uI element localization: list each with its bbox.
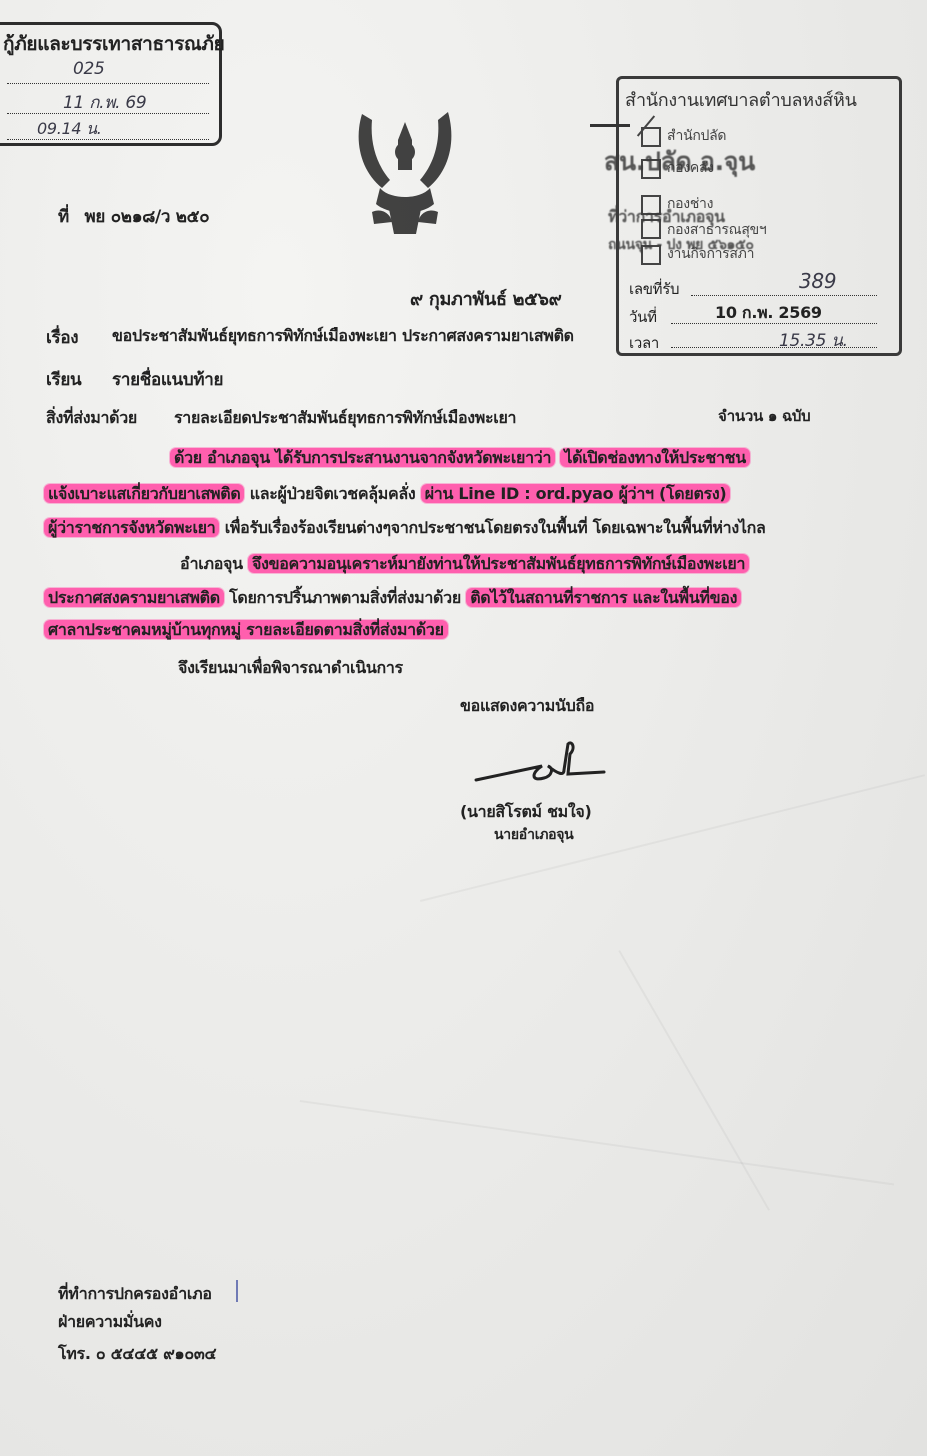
paragraph-2-line-2: ประกาศสงครามยาเสพติด โดยการปริ้นภาพตามสิ… (44, 586, 741, 611)
subject-label: เรื่อง (46, 324, 78, 351)
highlighted-text: ด้วย อำเภอจุน ได้รับการประสานงานจากจังหว… (170, 448, 555, 467)
closing-salutation: ขอแสดงความนับถือ (460, 694, 594, 719)
signer-name: (นายสิโรตม์ ชมใจ) (460, 800, 591, 825)
footer-office: ที่ทำการปกครองอำเภอ (58, 1282, 212, 1307)
stamp-date: 11 ก.พ. 69 (63, 89, 146, 116)
stamp-title: สำนักงานเทศบาลตำบลหงส์หิน (625, 85, 857, 114)
reference-value: พย ๐๒๑๘/ว ๒๕๐ (85, 207, 210, 227)
signer-title: นายอำเภอจุน (494, 824, 573, 846)
highlighted-text: แจ้งเบาะแสเกี่ยวกับยาเสพติด (44, 484, 244, 503)
document-date: ๙ กุมภาพันธ์ ๒๕๖๙ (410, 284, 562, 313)
enclosure-text: รายละเอียดประชาสัมพันธ์ยุทธการพิทักษ์เมื… (174, 406, 516, 431)
stamp-number: 025 (73, 59, 105, 79)
highlighted-text: จึงขอความอนุเคราะห์มายังท่านให้ประชาสัมพ… (248, 554, 749, 573)
highlighted-text: ผ่าน Line ID : ord.pyao ผู้ว่าฯ (โดยตรง) (421, 484, 731, 503)
recipient-label: เรียน (46, 366, 81, 393)
paper-crease (618, 950, 770, 1211)
reference-label: ที่ (58, 207, 69, 227)
highlighted-text: ประกาศสงครามยาเสพติด (44, 588, 224, 607)
paper-crease (300, 1100, 894, 1185)
body-text: อำเภอจุน (180, 554, 243, 573)
recipient-text: รายชื่อแนบท้าย (112, 366, 223, 393)
subject-text: ขอประชาสัมพันธ์ยุทธการพิทักษ์เมืองพะเยา … (112, 324, 574, 349)
paragraph-1-line-2: แจ้งเบาะแสเกี่ยวกับยาเสพติด และผู้ป่วยจิ… (44, 482, 730, 507)
stamp-line (7, 113, 209, 114)
receipt-date-value: 10 ก.พ. 2569 (715, 301, 822, 326)
receipt-stamp-left: กู้ภัยและบรรเทาสาธารณภัย 025 11 ก.พ. 69 … (0, 22, 222, 146)
body-text: เพื่อรับเรื่องร้องเรียนต่างๆจากประชาชนโด… (225, 518, 766, 537)
stamp-line (7, 139, 209, 140)
document-page: กู้ภัยและบรรเทาสาธารณภัย 025 11 ก.พ. 69 … (0, 0, 927, 1456)
footer-department: ฝ่ายความมั่นคง (58, 1310, 162, 1335)
receipt-date-label: วันที่ (629, 305, 657, 329)
stamp-line (7, 83, 209, 84)
receipt-number-value: 389 (799, 269, 836, 293)
garuda-emblem-icon (350, 100, 460, 240)
receipt-number-label: เลขที่รับ (629, 277, 679, 301)
body-text: โดยการปริ้นภาพตามสิ่งที่ส่งมาด้วย (229, 588, 461, 607)
paragraph-1-line-1: ด้วย อำเภอจุน ได้รับการประสานงานจากจังหว… (170, 446, 750, 471)
overlay-stamp-line: สน.ปลัด อ.จุน (604, 142, 755, 182)
receipt-time-label: เวลา (629, 331, 659, 355)
enclosure-count: จำนวน ๑ ฉบับ (718, 404, 810, 428)
overlay-stamp-line: ที่ว่าการอำเภอจุน (608, 205, 725, 230)
highlighted-text: ได้เปิดช่องทางให้ประชาชน (560, 448, 749, 467)
footer-phone: โทร. ๐ ๕๔๔๕ ๙๑๐๓๔ (58, 1342, 216, 1367)
signature-icon (472, 740, 612, 790)
highlighted-text: ผู้ว่าราชการจังหวัดพะเยา (44, 518, 219, 537)
dotted-line (691, 295, 877, 296)
closing-request: จึงเรียนมาเพื่อพิจารณาดำเนินการ (178, 656, 403, 681)
stamp-title: กู้ภัยและบรรเทาสาธารณภัย (3, 29, 224, 59)
stamp-stroke (590, 124, 630, 127)
paragraph-2-line-3: ศาลาประชาคมหมู่บ้านทุกหมู่ รายละเอียดตาม… (44, 618, 448, 643)
enclosure-label: สิ่งที่ส่งมาด้วย (46, 406, 137, 431)
reference-number: ที่ พย ๐๒๑๘/ว ๒๕๐ (58, 203, 209, 230)
paragraph-2-line-1: อำเภอจุน จึงขอความอนุเคราะห์มายังท่านให้… (180, 552, 749, 577)
overlay-stamp-line: ถนนจุน - ปง พย ๕๖๑๕๐ (608, 234, 754, 256)
body-text: และผู้ป่วยจิตเวชคลุ้มคลั่ง (250, 484, 416, 503)
receipt-time-value: 15.35 น. (779, 327, 848, 354)
highlighted-text: ศาลาประชาคมหมู่บ้านทุกหมู่ รายละเอียดตาม… (44, 620, 448, 639)
highlighted-text: ติดไว้ในสถานที่ราชการ และในพื้นที่ของ (466, 588, 741, 607)
pen-mark (236, 1280, 238, 1302)
paragraph-1-line-3: ผู้ว่าราชการจังหวัดพะเยา เพื่อรับเรื่องร… (44, 516, 766, 541)
